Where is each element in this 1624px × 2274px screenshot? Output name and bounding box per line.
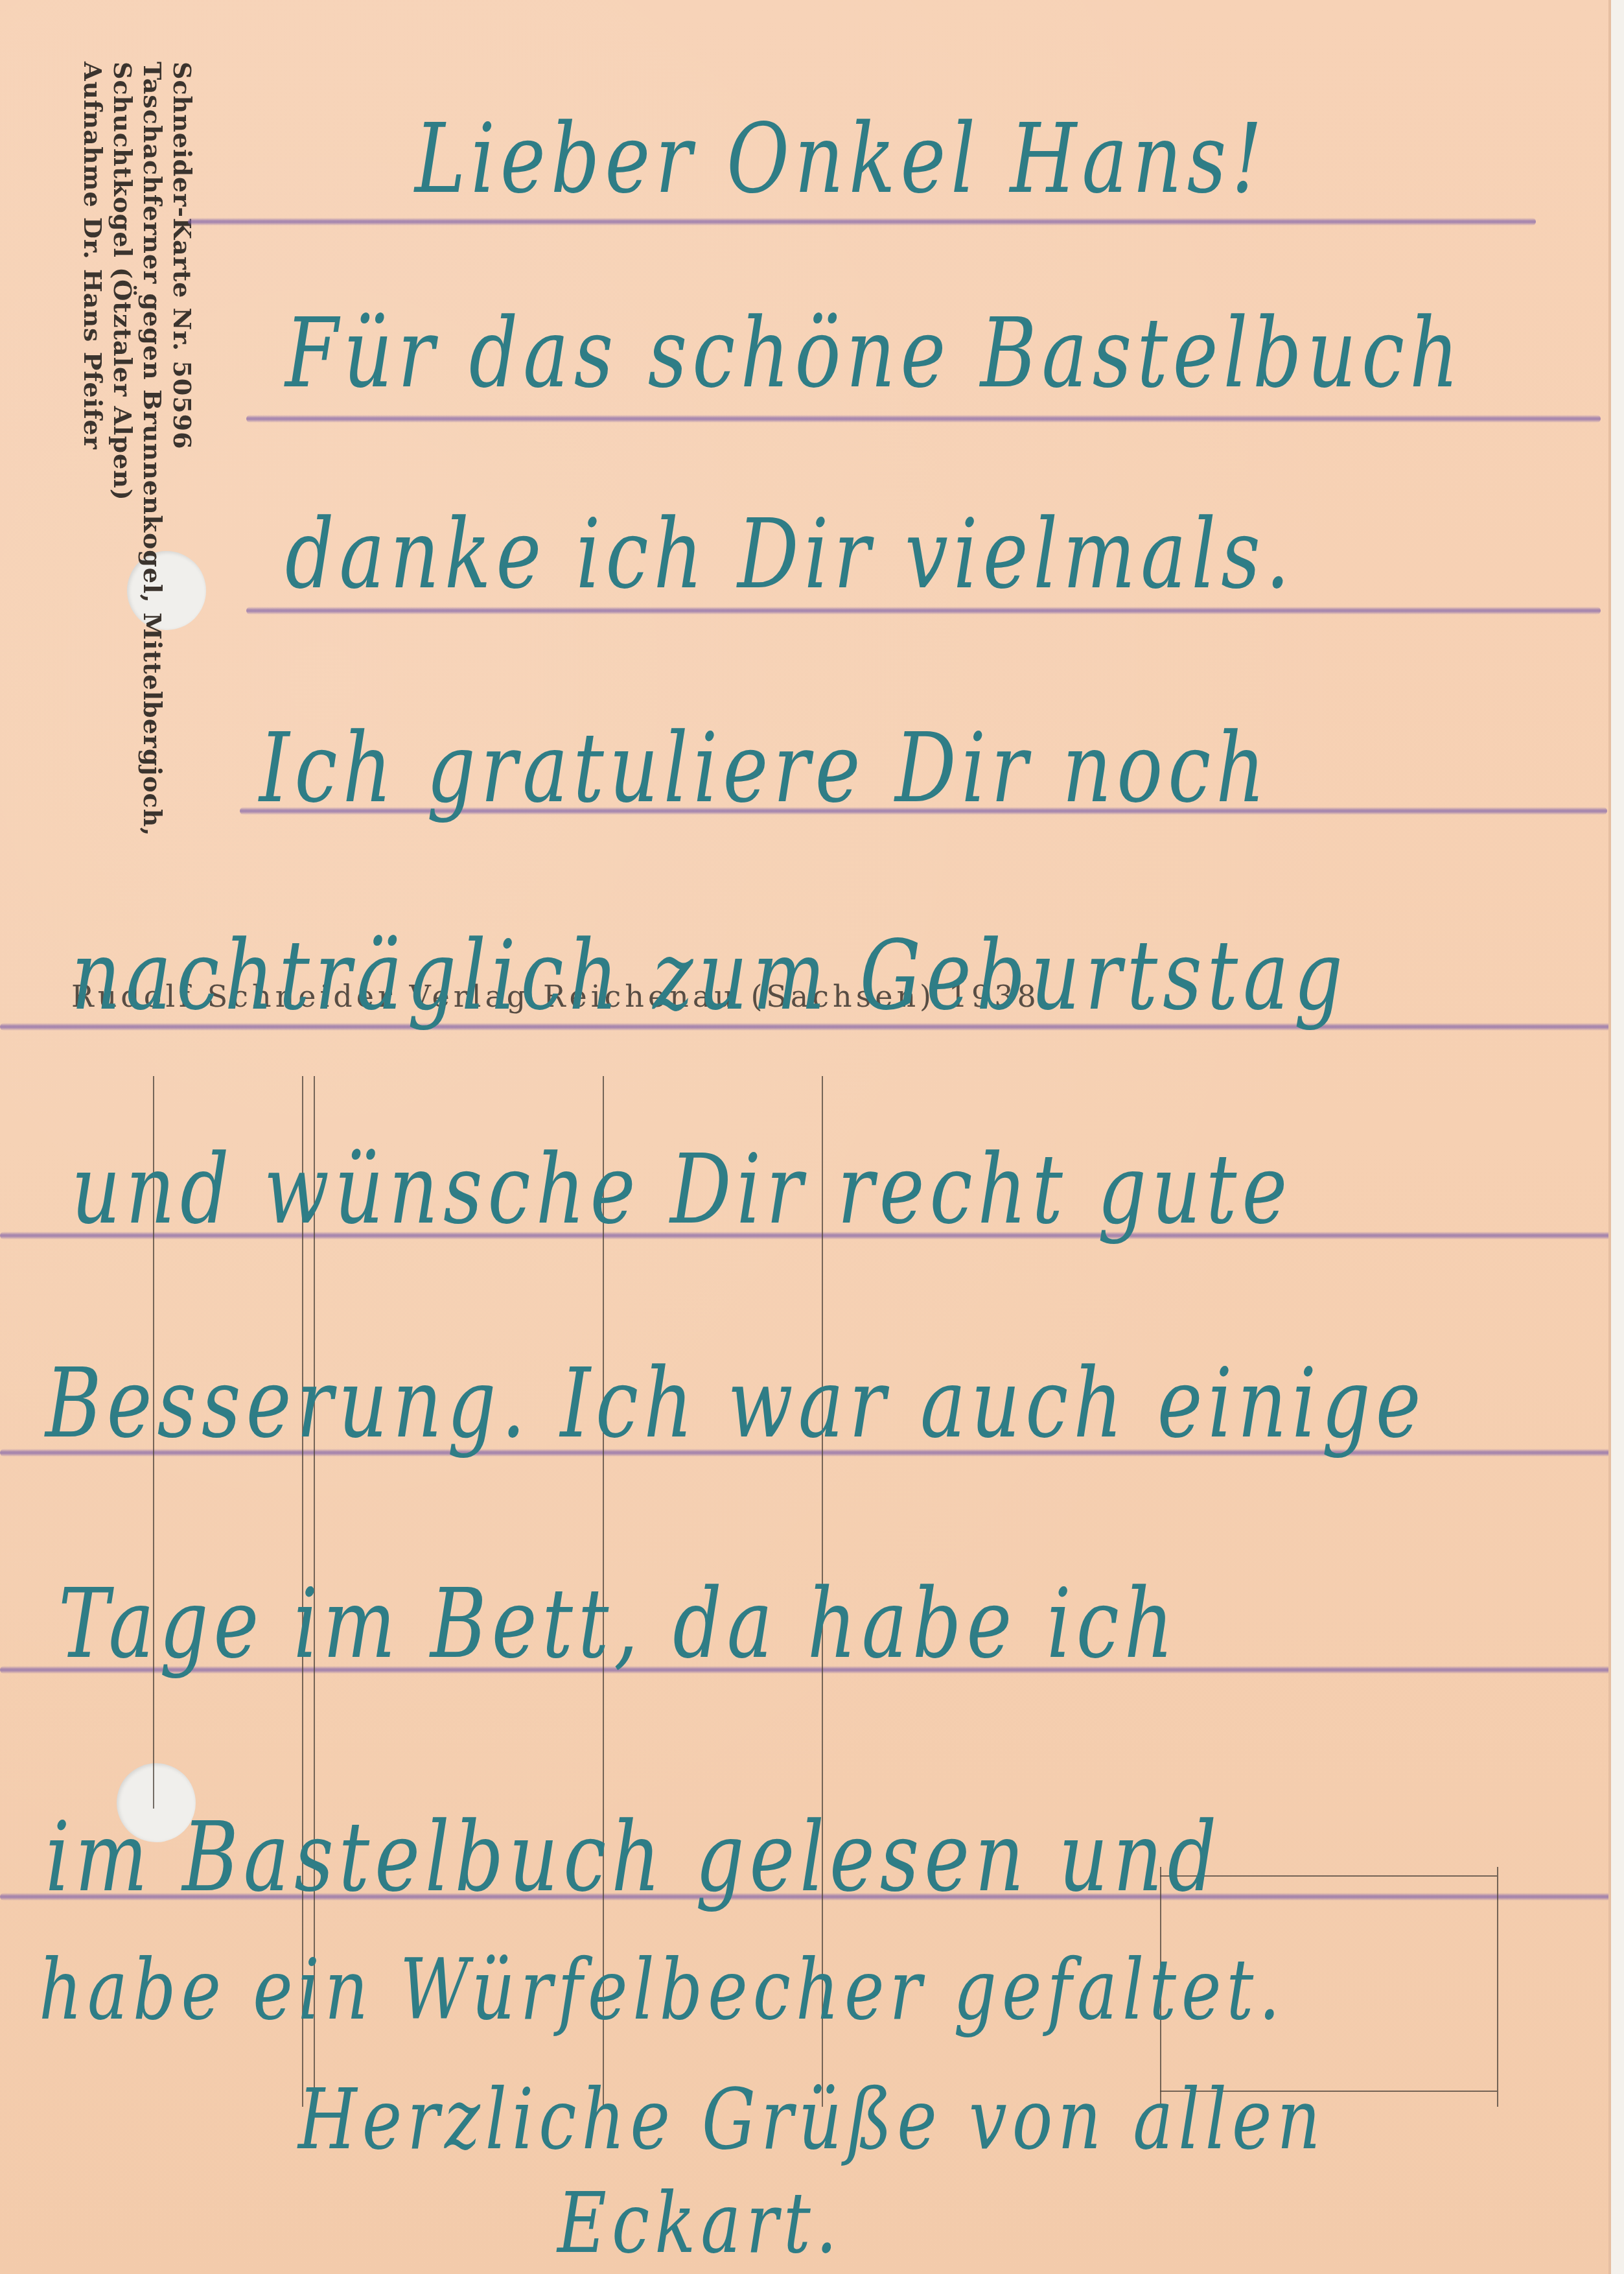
salutation: Lieber Onkel Hans! [415,111,1268,207]
caption-line: Taschachferner gegen Brunnenkogel, Mitte… [137,62,167,837]
ruled-line [188,218,1536,226]
letter-line: und wünsche Dir recht gute [71,1142,1292,1237]
letter-line: danke ich Dir vielmals. [285,506,1295,602]
letter-line: nachträglich zum Geburtstag [71,928,1348,1024]
caption-line: Aufnahme Dr. Hans Pfeifer [78,62,108,837]
caption-line: Schuchtkogel (Ötztaler Alpen) [108,62,137,837]
letter-line: Tage im Bett, da habe ich [58,1576,1179,1672]
letter-line: Für das schöne Bastelbuch [285,305,1464,401]
letter-line: Besserung. Ich war auch einige [45,1355,1426,1451]
letter-line: habe ein Würfelbecher gefaltet. [39,1947,1285,2032]
letter-line: Ich gratuliere Dir noch [259,720,1270,816]
letter-line: im Bastelbuch gelesen und [45,1809,1222,1905]
caption-line: Schneider-Karte Nr. 50596 [167,62,197,837]
postcard: Schneider-Karte Nr. 50596 Taschachferner… [0,0,1611,2274]
signature: Eckart. [557,2181,842,2265]
print-column-line [1497,1867,1498,2107]
closing: Herzliche Grüße von allen [298,2077,1325,2161]
ruled-line [246,415,1601,423]
printed-margin-caption: Schneider-Karte Nr. 50596 Taschachferner… [78,62,197,837]
